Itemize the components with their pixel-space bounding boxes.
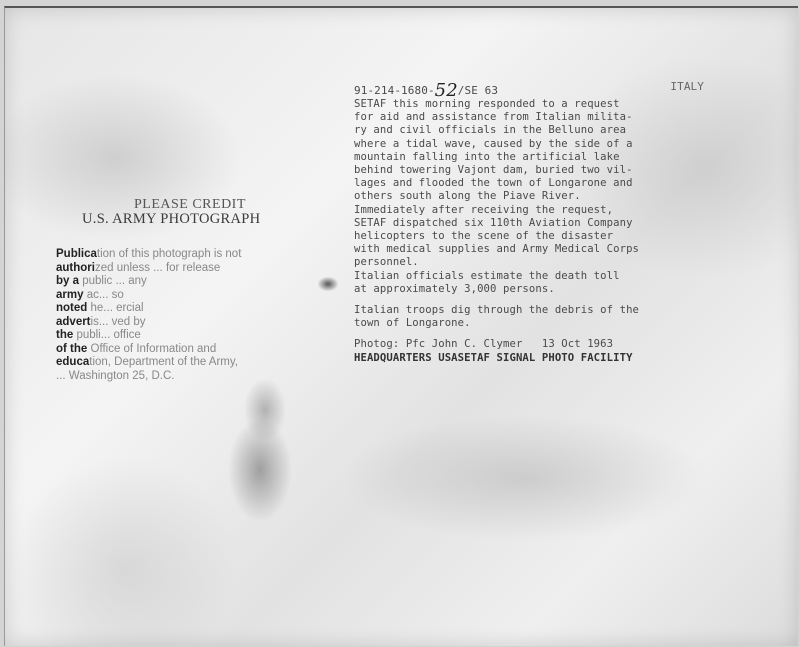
- caption-line: at approximately 3,000 persons.: [354, 283, 724, 296]
- handwritten-number: 52: [435, 80, 458, 101]
- caption-line: Italian officials estimate the death tol…: [354, 270, 724, 283]
- caption-line: town of Longarone.: [354, 317, 724, 330]
- ink-blot: [318, 277, 338, 291]
- notice-line: by a public ... any: [56, 275, 316, 289]
- notice-line: ... Washington 25, D.C.: [56, 370, 316, 384]
- caption-line: lages and flooded the town of Longarone …: [354, 177, 724, 190]
- reference-number: 91-214-1680-52/SE 63: [354, 82, 498, 97]
- notice-line: of the Office of Information and: [56, 343, 316, 357]
- caption-line: personnel.: [354, 256, 724, 269]
- water-stain-top: [245, 380, 285, 440]
- caption-line: behind towering Vajont dam, buried two v…: [354, 164, 724, 177]
- caption-line: ry and civil officials in the Belluno ar…: [354, 124, 724, 137]
- typewritten-caption: 91-214-1680-52/SE 63 ITALY SETAF this mo…: [354, 80, 724, 365]
- credit-stamp: PLEASE CREDIT U.S. ARMY PHOTOGRAPH: [56, 198, 316, 227]
- caption-line: mountain falling into the artificial lak…: [354, 151, 724, 164]
- notice-line: advertis... ved by: [56, 316, 316, 330]
- publication-notice-stamp: Publication of this photograph is notaut…: [56, 248, 316, 383]
- notice-line: the publi... office: [56, 329, 316, 343]
- caption-line: SETAF dispatched six 110th Aviation Comp…: [354, 217, 724, 230]
- notice-line: noted he... ercial: [56, 302, 316, 316]
- caption-line: Immediately after receiving the request,: [354, 204, 724, 217]
- notice-line: authorized unless ... for release: [56, 262, 316, 276]
- caption-paragraph-2: Italian troops dig through the debris of…: [354, 304, 724, 330]
- credit-line-1: PLEASE CREDIT: [56, 198, 316, 212]
- caption-line: SETAF this morning responded to a reques…: [354, 98, 724, 111]
- country-label: ITALY: [670, 80, 704, 93]
- notice-line: Publication of this photograph is not: [56, 248, 316, 262]
- facility-line: HEADQUARTERS USASETAF SIGNAL PHOTO FACIL…: [354, 352, 724, 365]
- caption-line: helicopters to the scene of the disaster: [354, 230, 724, 243]
- caption-paragraph-1: SETAF this morning responded to a reques…: [354, 98, 724, 296]
- caption-line: others south along the Piave River.: [354, 190, 724, 203]
- caption-line: Italian troops dig through the debris of…: [354, 304, 724, 317]
- caption-line: for aid and assistance from Italian mili…: [354, 111, 724, 124]
- notice-line: army ac... so: [56, 289, 316, 303]
- reference-line: 91-214-1680-52/SE 63 ITALY: [354, 80, 724, 98]
- photographer-credit: Photog: Pfc John C. Clymer 13 Oct 1963: [354, 338, 724, 351]
- notice-line: education, Department of the Army,: [56, 356, 316, 370]
- caption-line: with medical supplies and Army Medical C…: [354, 243, 724, 256]
- credit-line-2: U.S. ARMY PHOTOGRAPH: [56, 212, 316, 227]
- caption-line: where a tidal wave, caused by the side o…: [354, 138, 724, 151]
